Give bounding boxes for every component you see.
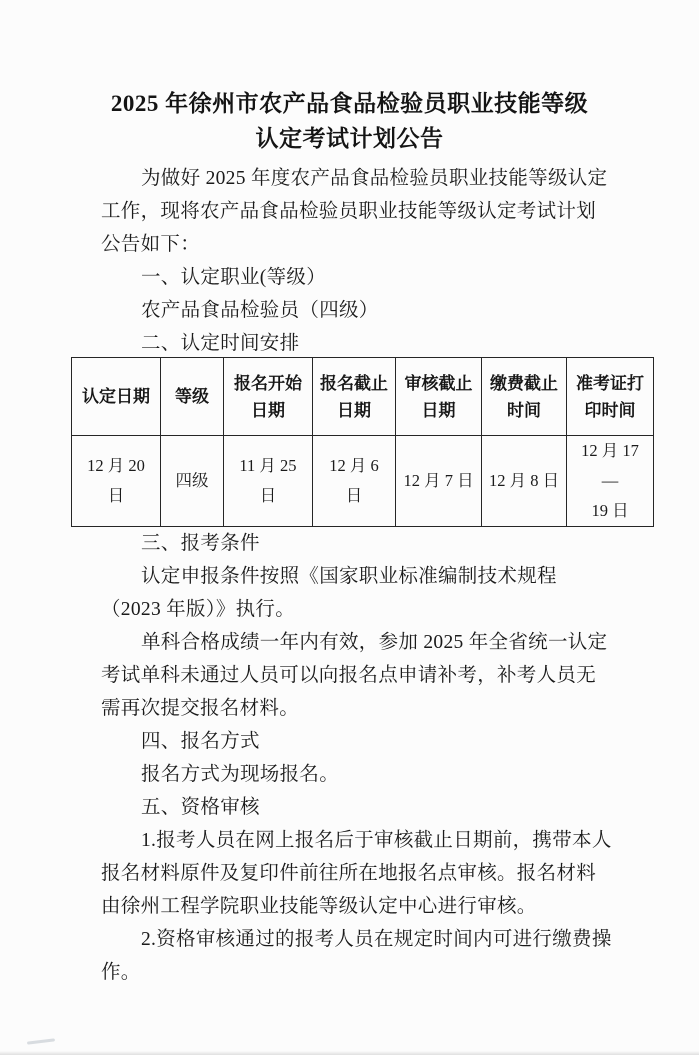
table-cell: 12 月 7 日: [396, 436, 482, 527]
table-header-cell: 缴费截止 时间: [482, 358, 567, 436]
section-3-heading: 三、报考条件: [101, 527, 619, 560]
section-3-line-1: 认定申报条件按照《国家职业标准编制技术规程: [101, 560, 619, 593]
schedule-table-header-row: 认定日期 等级 报名开始 日期 报名截止 日期 审核截止 日期 缴费截止 时间 …: [72, 358, 654, 436]
section-5-heading: 五、资格审核: [101, 791, 619, 824]
intro-line-2: 工作，现将农产品食品检验员职业技能等级认定考试计划: [101, 195, 619, 228]
section-5-line-5: 作。: [101, 956, 619, 989]
schedule-table-data-row: 12 月 20 日 四级 11 月 25 日 12 月 6 日 12 月 7 日…: [72, 436, 654, 527]
document-body: 为做好 2025 年度农产品食品检验员职业技能等级认定 工作，现将农产品食品检验…: [0, 162, 699, 989]
document-title: 2025 年徐州市农产品食品检验员职业技能等级 认定考试计划公告: [0, 0, 699, 156]
table-cell: 12 月 20 日: [72, 436, 161, 527]
section-4-line-1: 报名方式为现场报名。: [101, 758, 619, 791]
table-cell: 12 月 6 日: [313, 436, 396, 527]
section-3-line-5: 需再次提交报名材料。: [101, 692, 619, 725]
table-header-cell: 等级: [161, 358, 224, 436]
scan-artifact: [27, 1038, 55, 1044]
table-cell: 四级: [161, 436, 224, 527]
document-title-line1: 2025 年徐州市农产品食品检验员职业技能等级: [0, 86, 699, 121]
section-4-heading: 四、报名方式: [101, 725, 619, 758]
scan-edge-shadow: [0, 1051, 699, 1055]
table-cell: 12 月 8 日: [482, 436, 567, 527]
section-1-content: 农产品食品检验员（四级）: [101, 294, 619, 327]
schedule-table: 认定日期 等级 报名开始 日期 报名截止 日期 审核截止 日期 缴费截止 时间 …: [71, 357, 654, 527]
section-3-line-2: （2023 年版）》执行。: [101, 593, 619, 626]
section-5-line-1: 1.报考人员在网上报名后于审核截止日期前，携带本人: [101, 824, 619, 857]
table-header-cell: 准考证打 印时间: [567, 358, 654, 436]
intro-line-1: 为做好 2025 年度农产品食品检验员职业技能等级认定: [101, 162, 619, 195]
table-header-cell: 审核截止 日期: [396, 358, 482, 436]
table-header-cell: 报名开始 日期: [224, 358, 313, 436]
table-cell: 11 月 25 日: [224, 436, 313, 527]
section-3-line-3: 单科合格成绩一年内有效，参加 2025 年全省统一认定: [101, 626, 619, 659]
section-1-heading: 一、认定职业(等级）: [101, 261, 619, 294]
table-header-cell: 报名截止 日期: [313, 358, 396, 436]
section-2-heading: 二、认定时间安排: [101, 327, 619, 360]
intro-line-3: 公告如下：: [101, 228, 619, 261]
section-5-line-4: 2.资格审核通过的报考人员在规定时间内可进行缴费操: [101, 923, 619, 956]
table-header-cell: 认定日期: [72, 358, 161, 436]
section-5-line-3: 由徐州工程学院职业技能等级认定中心进行审核。: [101, 890, 619, 923]
table-cell: 12 月 17— 19 日: [567, 436, 654, 527]
announcement-document: 2025 年徐州市农产品食品检验员职业技能等级 认定考试计划公告 为做好 202…: [0, 0, 699, 1055]
section-5-line-2: 报名材料原件及复印件前往所在地报名点审核。报名材料: [101, 857, 619, 890]
document-title-line2: 认定考试计划公告: [0, 121, 699, 156]
section-3-line-4: 考试单科未通过人员可以向报名点申请补考，补考人员无: [101, 659, 619, 692]
